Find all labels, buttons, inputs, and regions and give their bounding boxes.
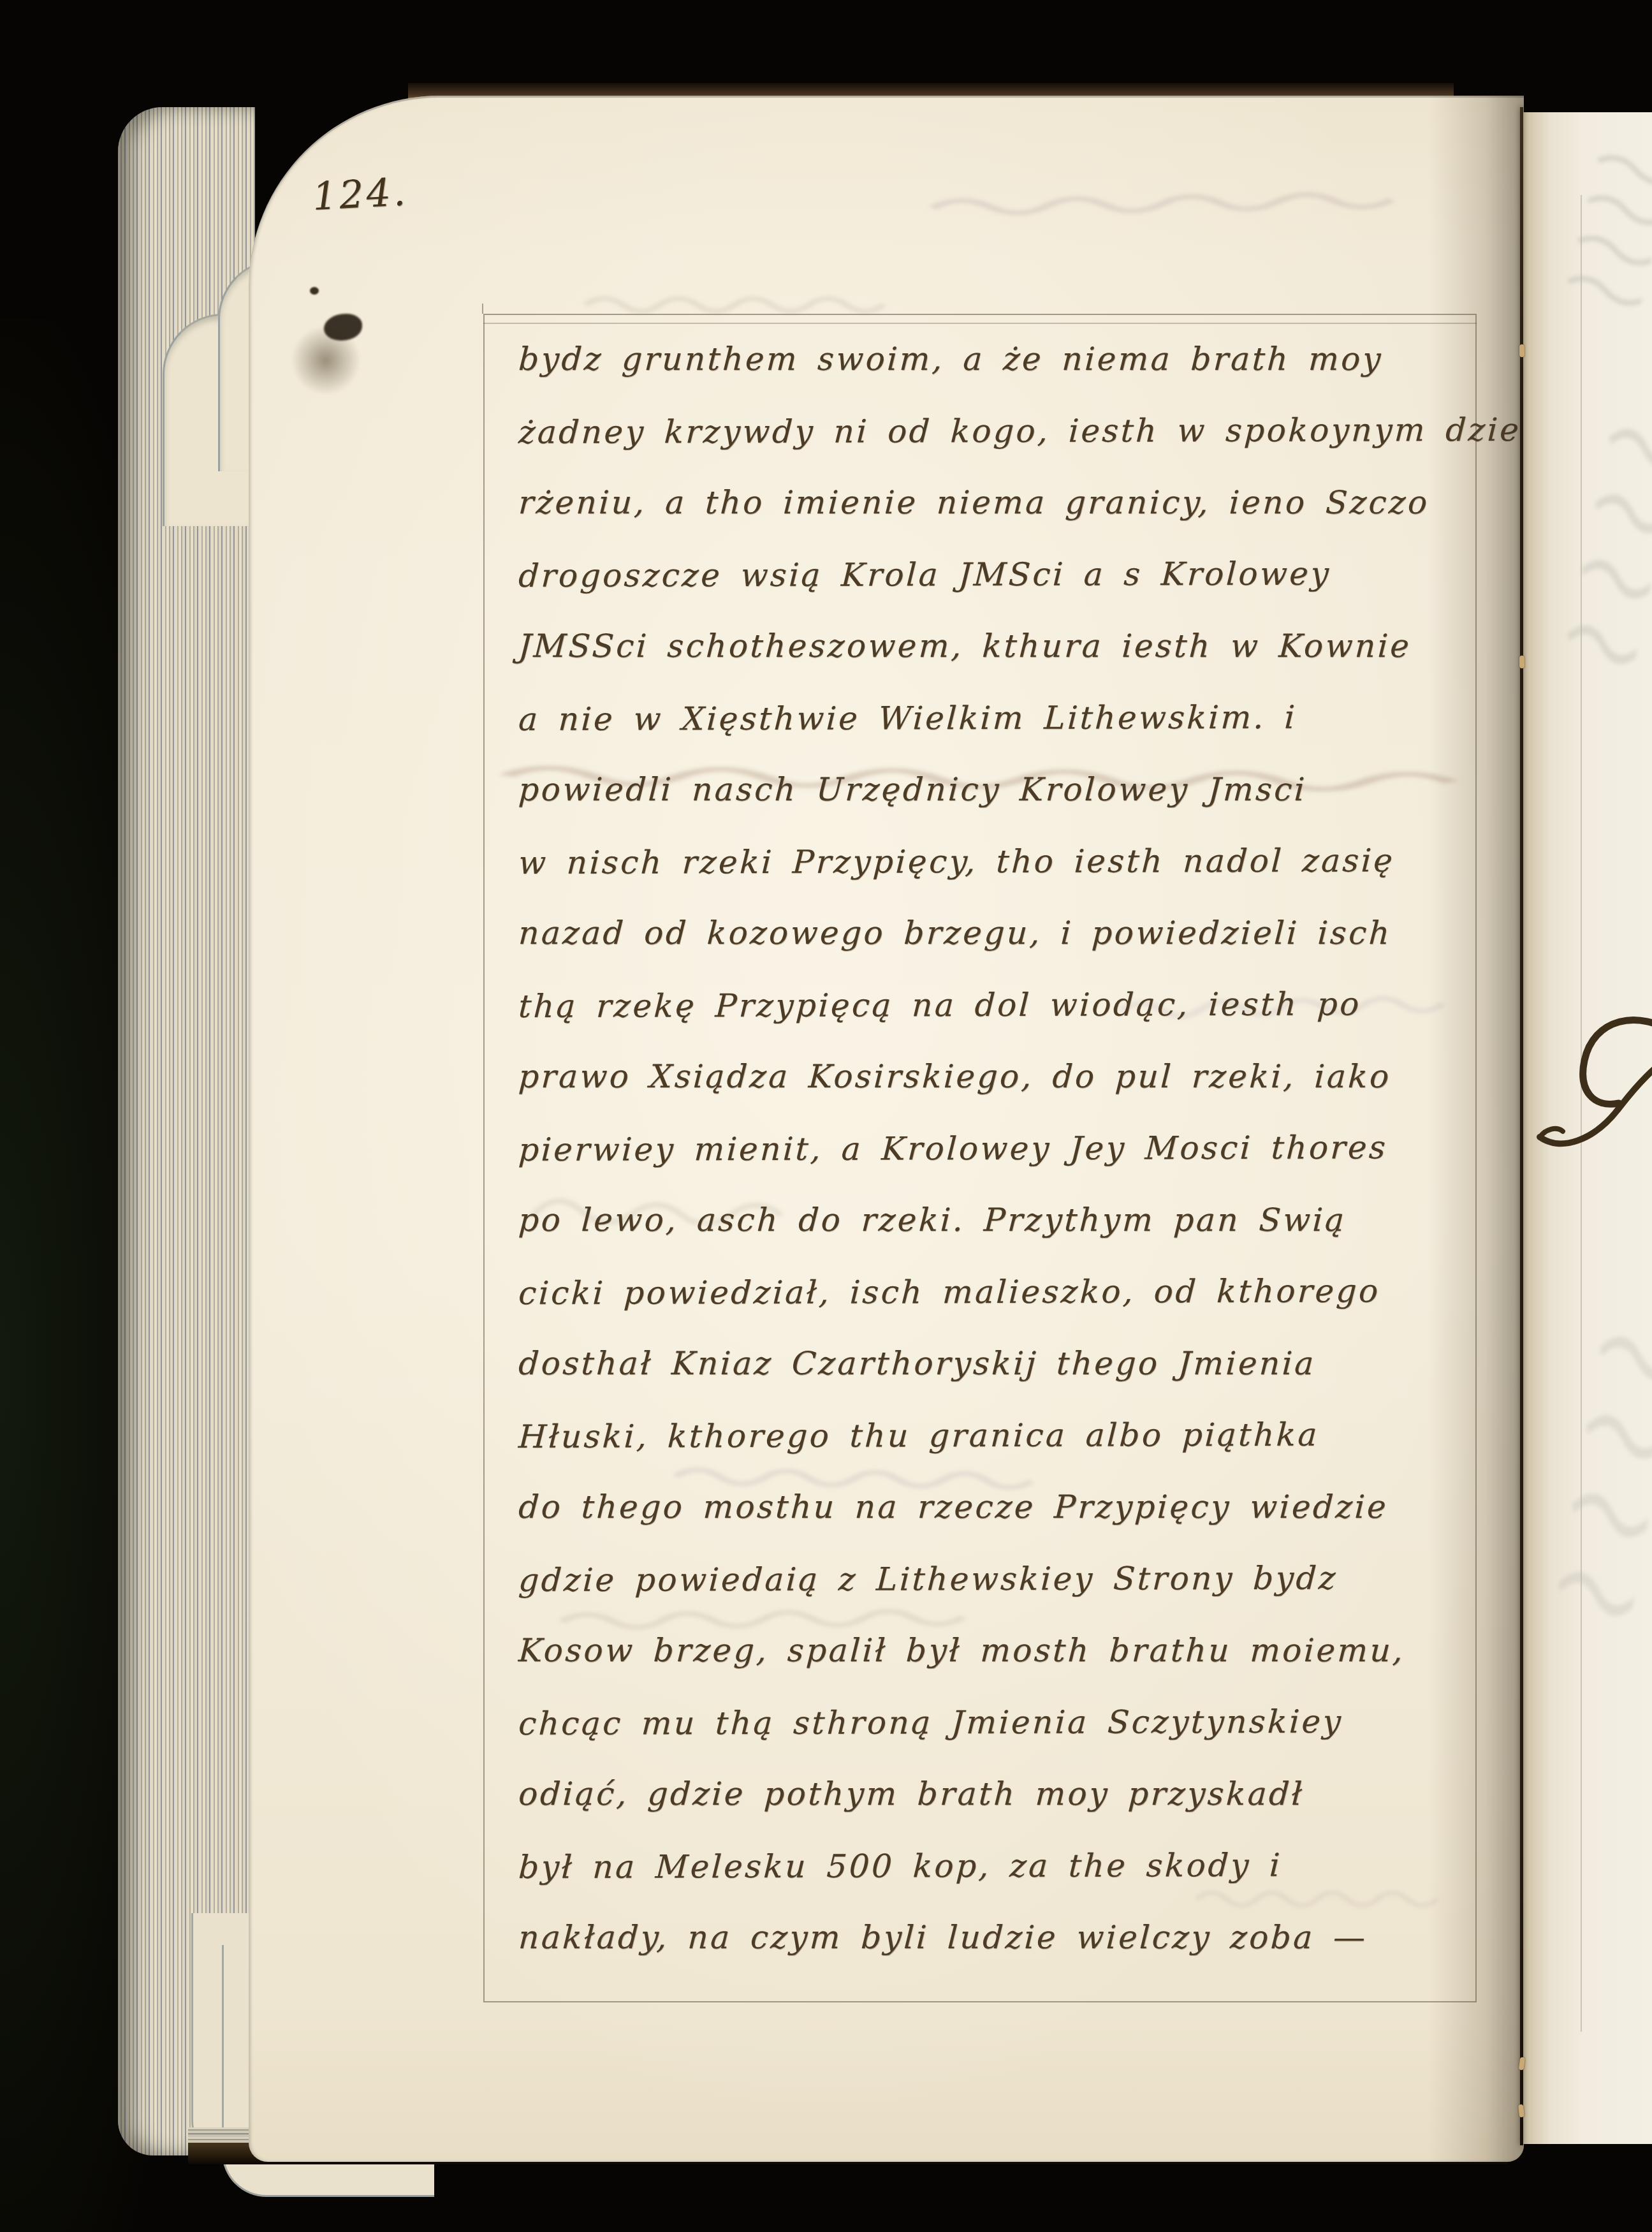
manuscript-line: cicki powiedział, isch malieszko, od kth… [516,1272,1471,1346]
manuscript-line: nakłady, na czym byli ludzie wielczy zob… [516,1919,1471,1991]
manuscript-line: powiedli nasch Urzędnicy Krolowey Jmsci [516,771,1471,843]
next-page-ghost-text [1544,1319,1652,1648]
manuscript-line: pierwiey mienit, a Krolowey Jey Mosci th… [516,1129,1471,1203]
ink-smudge-dot [310,287,319,295]
next-page-sliver [1523,112,1652,2144]
manuscript-line: był na Melesku 500 kop, za the skody i [516,1846,1471,1920]
manuscript-line: w nisch rzeki Przypięcy, tho iesth nadol… [516,842,1471,916]
next-page-ghost-text [1555,143,1652,324]
manuscript-line: odiąć, gdzie pothym brath moy przyskadł [516,1775,1471,1847]
next-page-initial-flourish [1535,1000,1652,1172]
ink-smudge [324,314,362,341]
manuscript-line: prawo Xsiądza Kosirskiego, do pul rzeki,… [516,1058,1471,1130]
manuscript-line: JMSSci schotheszowem, kthura iesth w Kow… [516,628,1471,700]
page-number: 124. [311,170,409,219]
manuscript-line: Hłuski, kthorego thu granica albo piąthk… [516,1416,1471,1490]
gutter-shadow [1428,96,1524,2162]
manuscript-line: nazad od kozowego brzegu, i powiedzieli … [516,914,1471,987]
manuscript-text-block: bydz grunthem swoim, a że niema brath mo… [518,341,1469,1991]
manuscript-line: dosthał Kniaz Czarthoryskij thego Jmieni… [516,1345,1471,1417]
binding-thread-stitch [1519,344,1524,357]
text-frame: bydz grunthem swoim, a że niema brath mo… [483,314,1477,2002]
manuscript-page: 124. bydz grunthem swoim, a że niema bra… [249,96,1524,2162]
gutter-seam [1520,107,1523,2145]
manuscript-line: chcąc mu thą sthroną Jmienia Sczytynskie… [516,1703,1471,1777]
manuscript-line: Kosow brzeg, spalił był mosth brathu moi… [516,1632,1471,1704]
next-page-ghost-text [1554,413,1652,691]
manuscript-line: po lewo, asch do rzeki. Przythym pan Swi… [516,1201,1471,1274]
manuscript-line: do thego mosthu na rzecze Przypięcy wied… [516,1488,1471,1560]
manuscript-line: gdzie powiedaią z Lithewskiey Strony byd… [516,1559,1471,1633]
binding-thread-stitch [1519,656,1524,668]
manuscript-line: drogoszcze wsią Krola JMSci a s Krolowey [516,555,1471,629]
manuscript-line: thą rzekę Przypięcą na dol wiodąc, iesth… [516,985,1471,1059]
manuscript-line: bydz grunthem swoim, a że niema brath mo… [516,341,1471,413]
manuscript-line: a nie w Xięsthwie Wielkim Lithewskim. i [516,698,1471,772]
manuscript-line: rżeniu, a tho imienie niema granicy, ien… [516,484,1471,556]
manuscript-line: żadney krzywdy ni od kogo, iesth w spoko… [516,411,1471,485]
bleedthrough-ghost-text [925,180,1435,223]
